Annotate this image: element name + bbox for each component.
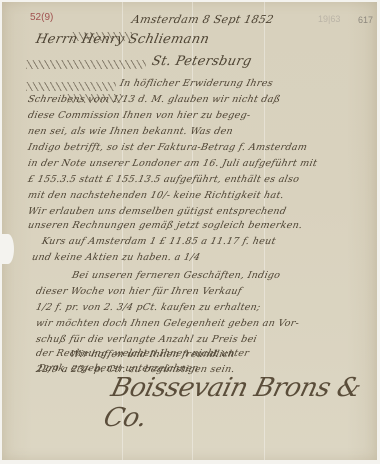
body-line: Bei unseren ferneren Geschäften, Indigo bbox=[71, 270, 282, 281]
body-line: Indigo betrifft, so ist der Faktura-Betr… bbox=[27, 142, 308, 153]
body-line: mit den nachstehenden 10/- keine Richtig… bbox=[27, 190, 285, 201]
body-line: in der Note unserer Londoner am 16. Juli… bbox=[27, 158, 318, 169]
body-line: der Rechnung, welchen Ihnen nicht unter bbox=[35, 348, 250, 359]
dateline: Amsterdam 8 Sept 1852 bbox=[131, 13, 275, 26]
body-line: 1/2 f. pr. von 2. 3/4 pCt. kaufen zu erh… bbox=[35, 302, 262, 313]
archive-mark-red: 52(9) bbox=[30, 12, 53, 23]
body-line: Schreibens vom 1/13 d. M. glauben wir ni… bbox=[27, 94, 282, 105]
body-line: nen sei, als wie Ihnen bekannt. Was den bbox=[27, 126, 234, 137]
flourish-hatching bbox=[72, 32, 132, 41]
body-line: Wir erlauben uns demselben gütigst entsp… bbox=[27, 206, 287, 217]
body-line: unseren Rechnungen gemäß jetzt sogleich … bbox=[27, 220, 304, 231]
body-line: schuß für die verlangte Anzahl zu Preis … bbox=[35, 334, 258, 345]
archive-number: 617 bbox=[358, 15, 373, 25]
body-line: 22/9 a 23/- p. Ctr. zu begünstigen sein. bbox=[35, 364, 236, 375]
paper-fold-line bbox=[192, 2, 193, 460]
paper-fold-line bbox=[122, 2, 123, 460]
flourish-hatching bbox=[26, 60, 146, 69]
paper-fold-line bbox=[264, 2, 265, 460]
body-line: £ 155.3.5 statt £ 155.13.5 aufgeführt, e… bbox=[27, 174, 300, 185]
letter-sheet: 52(9) 19|63 617 Amsterdam 8 Sept 1852 He… bbox=[2, 2, 377, 460]
body-line: wir möchten doch Ihnen Gelegenheit geben… bbox=[35, 318, 300, 329]
flourish-hatching bbox=[26, 82, 116, 91]
recipient-city: St. Petersburg bbox=[150, 54, 253, 69]
archive-mark-faint: 19|63 bbox=[318, 14, 340, 24]
body-line: und keine Aktien zu haben. a 1/4 bbox=[31, 252, 201, 263]
paper-tear bbox=[2, 234, 14, 264]
body-line: In höflicher Erwiderung Ihres bbox=[119, 78, 274, 89]
body-line: diese Commission Ihnen von hier zu begeg… bbox=[27, 110, 252, 121]
body-line: Kurs auf Amsterdam 1 £ 11.85 a 11.17 f. … bbox=[41, 236, 277, 247]
body-line: dieser Woche von hier für Ihren Verkauf bbox=[35, 286, 243, 297]
